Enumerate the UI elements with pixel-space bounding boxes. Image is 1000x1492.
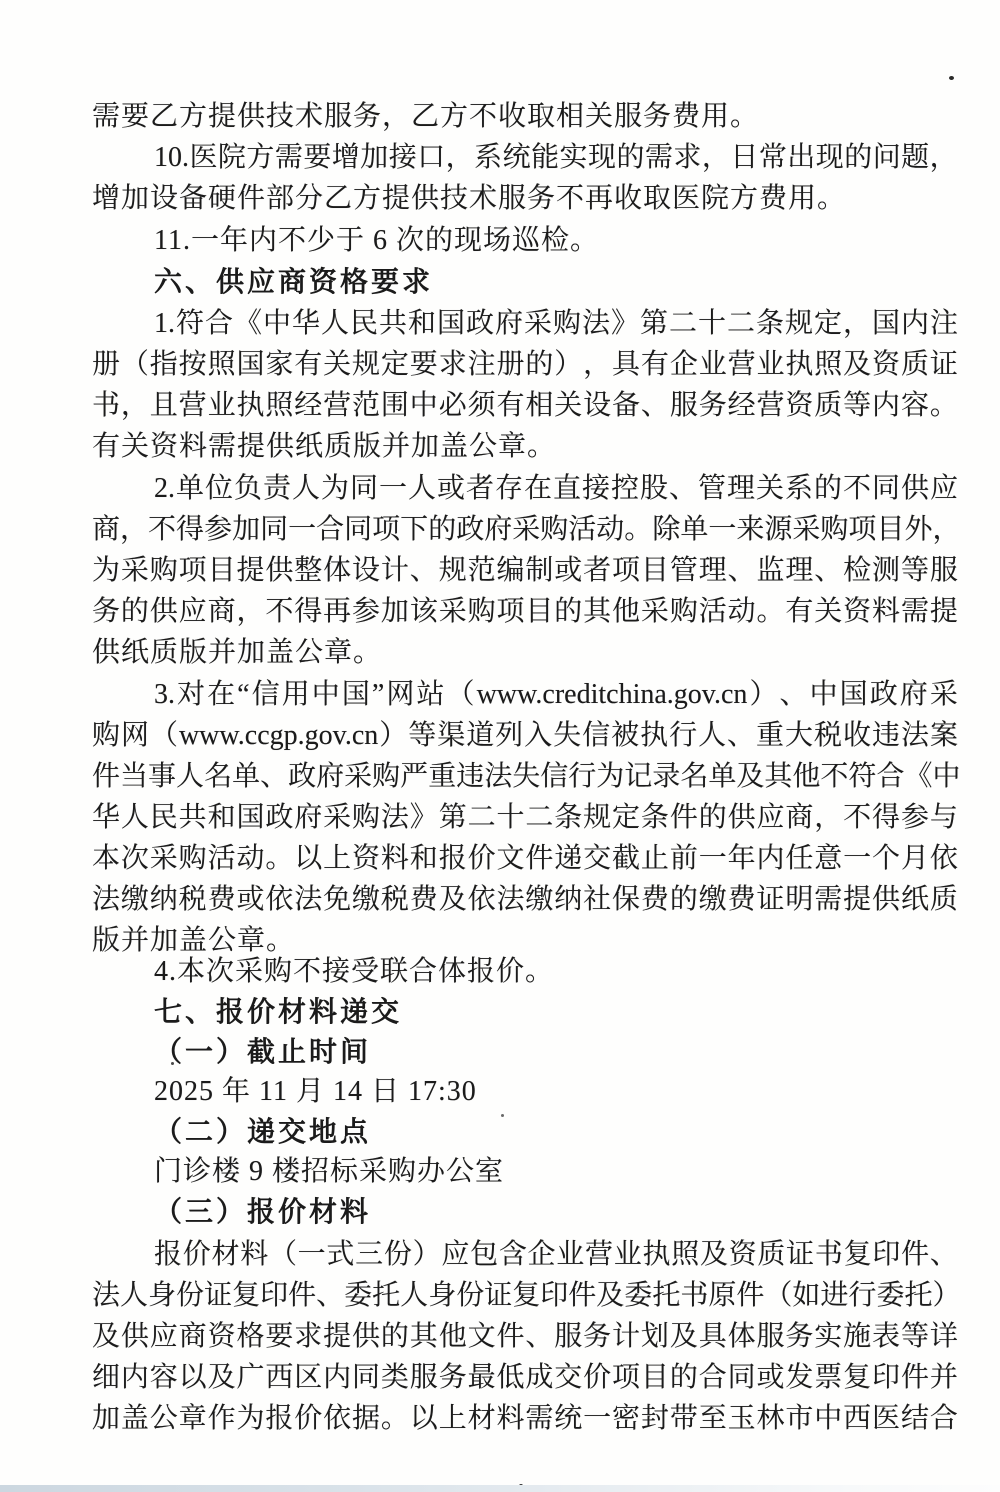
text-line: 需要乙方提供技术服务，乙方不收取相关服务费用。 — [92, 100, 759, 134]
text-line: 报价材料（一式三份）应包含企业营业执照及资质证书复印件、 — [154, 1238, 958, 1272]
document-page: 需要乙方提供技术服务，乙方不收取相关服务费用。 10.医院方需要增加接口，系统能… — [0, 0, 1000, 1492]
text-line: 务的供应商，不得再参加该采购项目的其他采购活动。有关资料需提 — [92, 595, 958, 629]
text-line: 为采购项目提供整体设计、规范编制或者项目管理、监理、检测等服 — [92, 554, 958, 588]
subsection-heading-materials: （三）报价材料 — [154, 1195, 371, 1229]
ink-speck — [501, 1114, 504, 1117]
subsection-heading-deadline: （一）截止时间 — [154, 1035, 371, 1069]
text-line: 11.一年内不少于 6 次的现场巡检。 — [154, 224, 599, 258]
text-line: 4.本次采购不接受联合体报价。 — [154, 955, 554, 989]
text-line: 件当事人名单、政府采购严重违法失信行为记录名单及其他不符合《中 — [92, 760, 958, 794]
text-line: 商，不得参加同一合同项下的政府采购活动。除单一来源采购项目外， — [92, 513, 958, 547]
text-line: 华人民共和国政府采购法》第二十二条规定条件的供应商，不得参与 — [92, 801, 958, 835]
text-line: 2.单位负责人为同一人或者存在直接控股、管理关系的不同供应 — [154, 472, 958, 506]
text-line: 法缴纳税费或依法免缴税费及依法缴纳社保费的缴费证明需提供纸质 — [92, 883, 958, 917]
text-line: 有关资料需提供纸质版并加盖公章。 — [92, 430, 556, 464]
text-line: 加盖公章作为报价依据。以上材料需统一密封带至玉林市中西医结合 — [92, 1402, 958, 1436]
scan-edge-shadow — [0, 1485, 1000, 1492]
text-line: 10.医院方需要增加接口，系统能实现的需求，日常出现的问题， — [154, 141, 958, 175]
text-line: 法人身份证复印件、委托人身份证复印件及委托书原件（如进行委托） — [92, 1279, 958, 1313]
text-line: 及供应商资格要求提供的其他文件、服务计划及具体服务实施表等详 — [92, 1320, 958, 1354]
section-heading-supplier-qualifications: 六、供应商资格要求 — [154, 265, 433, 299]
text-line: 细内容以及广西区内同类服务最低成交价项目的合同或发票复印件并 — [92, 1361, 958, 1395]
deadline-datetime: 2025 年 11 月 14 日 17:30 — [154, 1075, 477, 1109]
subsection-heading-location: （二）递交地点 — [154, 1115, 371, 1149]
section-heading-quotation-submission: 七、报价材料递交 — [154, 995, 402, 1029]
text-line: 书，且营业执照经营范围中必须有相关设备、服务经营资质等内容。 — [92, 389, 958, 423]
text-line: 增加设备硬件部分乙方提供技术服务不再收取医院方费用。 — [92, 182, 846, 216]
text-line: 3.对在“信用中国”网站（www.creditchina.gov.cn）、中国政… — [154, 678, 958, 712]
text-line: 本次采购活动。以上资料和报价文件递交截止前一年内任意一个月依 — [92, 842, 958, 876]
text-line: 版并加盖公章。 — [92, 924, 295, 958]
text-line: 1.符合《中华人民共和国政府采购法》第二十二条规定，国内注 — [154, 307, 958, 341]
text-line: 供纸质版并加盖公章。 — [92, 636, 382, 670]
text-line: 册（指按照国家有关规定要求注册的），具有企业营业执照及资质证 — [92, 348, 958, 382]
ink-speck — [949, 76, 954, 80]
ink-speck — [171, 1062, 174, 1065]
submission-location: 门诊楼 9 楼招标采购办公室 — [154, 1155, 504, 1189]
text-line: 购网（www.ccgp.gov.cn）等渠道列入失信被执行人、重大税收违法案 — [92, 719, 958, 753]
